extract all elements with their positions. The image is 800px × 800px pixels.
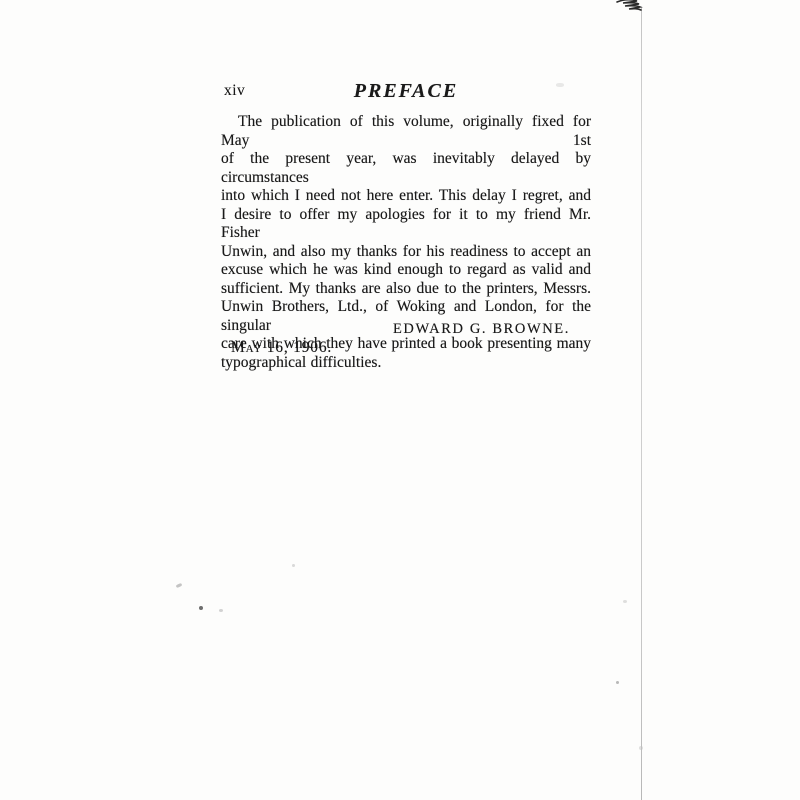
paragraph-line: Unwin, and also my thanks for his readin…	[221, 243, 591, 262]
paragraph-line: excuse which he was kind enough to regar…	[221, 261, 591, 280]
paragraph-line: I desire to offer my apologies for it to…	[221, 206, 591, 243]
scan-speck	[616, 681, 619, 684]
page-edge-line	[641, 7, 642, 800]
author-signature: EDWARD G. BROWNE.	[221, 321, 591, 338]
scan-speck	[199, 606, 203, 610]
scan-speck	[556, 83, 564, 87]
scan-speck	[623, 600, 627, 603]
scan-speck	[176, 583, 183, 588]
page-title: PREFACE	[221, 80, 591, 103]
date-line: May 16, 1906.	[231, 339, 332, 357]
paragraph-line: of the present year, was inevitably dela…	[221, 150, 591, 187]
paragraph-line: sufficient. My thanks are also due to th…	[221, 280, 591, 299]
paragraph-line: into which I need not here enter. This d…	[221, 187, 591, 206]
ink-mark-icon	[613, 0, 645, 14]
running-head: xiv PREFACE	[221, 80, 591, 102]
scan-speck	[219, 609, 223, 612]
book-page-scan: xiv PREFACE The publication of this volu…	[0, 0, 800, 800]
scan-speck	[292, 564, 295, 567]
scan-speck	[639, 746, 643, 750]
paragraph-line: The publication of this volume, original…	[221, 113, 591, 150]
